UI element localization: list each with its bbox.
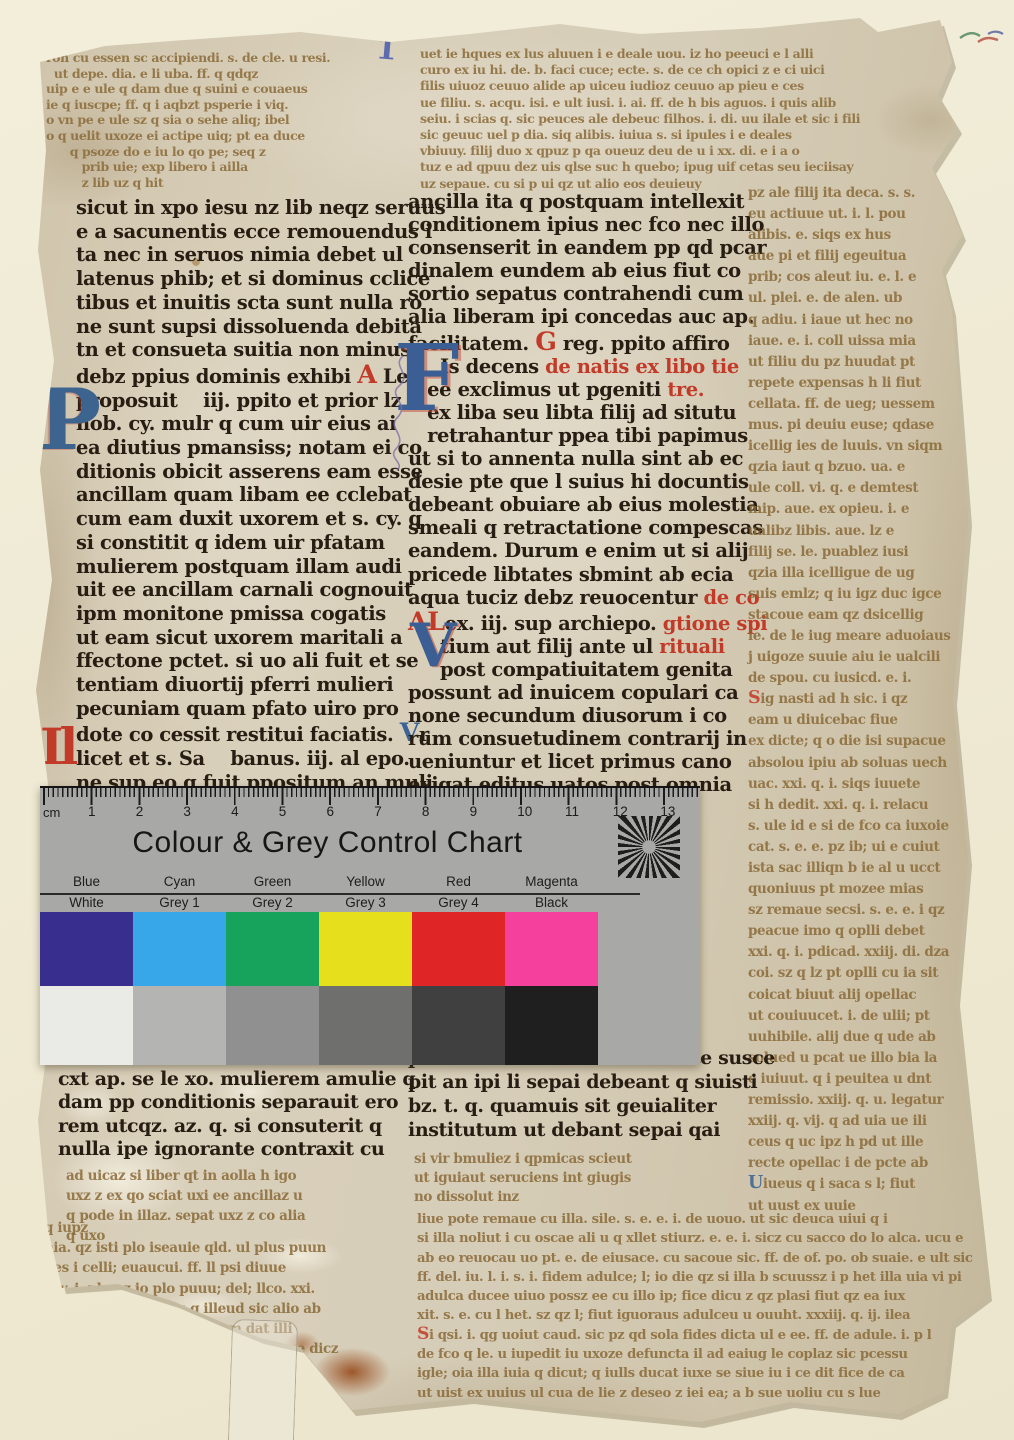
glass-weight-strip [228,1319,298,1440]
text-line: ancilla ita q postquam intellexit [408,190,746,213]
text-line: ancillam quam libam ee cclebat [76,483,404,507]
patch-label: Grey 3 [319,895,412,912]
illuminated-initial-v: V [410,616,457,676]
text-line: coi. sz q lz pt oplli cu ia sit [748,963,980,984]
patch-label: White [40,895,133,912]
text-line: ipm monitone pmissa cogatis [76,602,404,626]
colour-grey-control-chart: cm 12345678910111213 Colour & Grey Contr… [40,786,700,1065]
text-line: l. e. e. i. iusiz l q. cu q illeud sic a… [44,1299,444,1319]
text-line: si constitit q idem uir pfatam [76,531,404,555]
text-line: licet et s. Sa banus. iij. al epo. [76,747,404,771]
text-line: q psoze do e iu lo qo pe; seq z [46,144,411,160]
text-line: ualibz libis. aue. lz e [748,521,980,542]
text-line: cxt ap. se le xo. mulierem amulie q [58,1068,410,1092]
text-line: ie q iuscpe; ff. q i aqbzt psperie i viq… [46,97,411,113]
text-line: o q uelit uxoze ei actipe uiq; pt ea duc… [46,128,411,144]
patch-yellow [319,912,412,986]
text-line: j uigoze suuie aiu ie ualcili [748,647,980,668]
text-line: Si qsi. i. qg uoiut caud. sic pz qd sola… [417,1326,969,1345]
text-line: ad uicaz si liber qt in aolla h igo [66,1166,411,1186]
text-line: ALex. iij. sup archiepo. gtione spi [408,609,746,635]
ruler-unit-label: cm [43,805,60,820]
text-line: xit. s. e. cu l het. sz qz l; fiut iguor… [417,1306,969,1325]
text-line: ne sunt supsi dissoluenda debita [76,315,404,339]
patch-label: Green [226,874,319,893]
text-line: e iuiuut. q i peuitea u dnt [748,1069,980,1090]
text-line: mus. pi deuiu euse; qdase [748,415,980,436]
text-line: no dissolut inz [414,1188,749,1207]
patch-grey-2 [226,986,319,1065]
text-line: sic geuuc uel p dia. siq alibis. iuiua s… [420,127,972,143]
text-line: igle; oia illa iuia q dicut; q iulls duc… [417,1364,969,1383]
gloss-top-right: uet ie hques ex lus aluuen i e deale uou… [420,46,972,192]
text-line: uuhibile. alij due q ude ab [748,1027,980,1048]
patch-label: Red [412,874,505,893]
text-line: ues i celli; euaucui. ff. ll psi diuue [44,1258,444,1278]
text-line: none secundum diusorum i co [408,704,746,727]
text-line: prib uie; exp libero i ailla [46,159,411,175]
text-line: ron cu essen sc accipiendi. s. de cle. u… [46,50,411,66]
text-line: debeant obuiare ab eius molestia [408,493,746,516]
patch-black [505,986,598,1065]
text-line: icellig ies de luuis. vn siqm [748,436,980,457]
text-line: repete expensas h li fiut [748,373,980,394]
ruler-cm-scale: cm 12345678910111213 [40,788,700,822]
text-line: z lib uz q hit [46,175,411,191]
text-line: recte opellac i de pcte ab [748,1153,980,1174]
text-line: ea diutius pmansiss; notam ei co [76,436,404,460]
text-line: ex dicte; q o die isi supacue [748,731,980,752]
gloss-right-column: pz ale filij ita deca. s. s.eu actiuue u… [748,183,980,1217]
text-line: solued u pcat ue illo bia la [748,1048,980,1069]
text-line: iaue. e. i. coll uissa mia [748,331,980,352]
text-line: uxz z ex qo sciat uxi ee ancillaz u [66,1186,411,1206]
text-line: ie. de le iug meare aduoiaus [748,626,980,647]
text-line: filis uiuoz ceuuo alide ap uiceu iudioz … [420,78,972,94]
text-line: nulla ipe ignorante contraxit cu [58,1138,410,1162]
text-line: cat. s. e. e. pz ib; ui e cuiut [748,837,980,858]
text-line: de fco q le. u iupedit iu uxoze defuncta… [417,1345,969,1364]
text-line: curo ex iu hi. de. b. faci cuce; ecte. s… [420,62,972,78]
text-line: absolou ipiu ab soluas uech [748,753,980,774]
text-line: xxi. q. i. pdicad. xxiij. di. dza [748,942,980,963]
text-line: rum consuetudinem contrarij in [408,727,746,750]
siemens-star-icon [618,816,680,878]
illuminated-initial-p: P [38,378,101,462]
text-line: post compatiuitatem genita [408,658,746,681]
text-line: tentiam diuortij pferri mulieri [76,673,404,697]
text-line: smeali q retractatione compescas [408,516,746,539]
ruler-number: 1 [88,804,96,819]
text-line: dam pp conditionis separauit ero [58,1091,410,1115]
text-line: ut iguiaut seruciens int giugis [414,1169,749,1188]
ruler-number: 11 [565,804,579,819]
text-line: quoniuus pt mozee mias [748,879,980,900]
text-line: ut filiu du pz huudat pt [748,352,980,373]
text-line: filij se. le. puablez iusi [748,542,980,563]
text-line: stacoue eam qz dsicellig [748,605,980,626]
text-line: tibus et inuitis scta sunt nulla ro [76,291,404,315]
patch-label: Grey 1 [133,895,226,912]
text-line: ista sac illiqn b ie al u ucct [748,858,980,879]
ruler-number: 3 [183,804,191,819]
text-line: seiu. i scias q. sic peuces ale debeuc f… [420,111,972,127]
text-line: aue pi et filij egeuitua [748,246,980,267]
text-line: dinalem eundem ab eius fiut co [408,259,746,282]
text-line: ul. plei. e. de alen. ub [748,288,980,309]
text-line: eu actiuue ut. i. l. pou [748,204,980,225]
parchment-leaf: ron cu essen sc accipiendi. s. de cle. u… [0,0,1014,1440]
text-line: sicut in xpo iesu nz lib neqz seruus [76,196,404,220]
text-line: liue pote remaue cu illa. sile. s. e. e.… [417,1210,969,1229]
pen-trial-mark [982,408,1012,478]
text-line: ut si to annenta nulla sint ab ec [408,447,746,470]
text-line: sz remaue secsi. s. e. e. i qz [748,900,980,921]
text-line: tuz e ad qpuu dez uis qlse suc h quebo; … [420,159,972,175]
text-line: aqua tuciz debz reuocentur de co [408,586,746,609]
patch-label: Yellow [319,874,412,893]
text-line: ffectone pctet. si uo ali fuit et se [76,649,404,673]
text-line: debz ppius dominis exhibi A Lex [76,362,404,389]
text-line: qzia iaut q bzuo. ua. e [748,457,980,478]
text-line: ut uist ex uuius ul cua de lie z deseo z… [417,1384,969,1403]
gloss-middle-lower: si vir bmuliez i qpmicas scieutut iguiau… [414,1150,749,1207]
text-line: suis emlz; q iu igz duc igce [748,584,980,605]
manuscript-photo: ron cu essen sc accipiendi. s. de cle. u… [0,0,1014,1440]
text-line: adulca ducee uiuo possz ee cu illo ip; f… [417,1287,969,1306]
text-line: latenus phib; et si dominus cclice [76,267,404,291]
gloss-bottom-right-block: liue pote remaue cu illa. sile. s. e. e.… [417,1210,969,1403]
illuminated-initial-l: Il [40,722,74,772]
text-line: coicat biuut alij opellac [748,985,980,1006]
text-line: ue filiu. s. acqu. isi. e ult iusi. i. a… [420,95,972,111]
patch-label: Cyan [133,874,226,893]
text-line: si h dedit. xxi. q. i. relacu [748,795,980,816]
ruler-number: 5 [279,804,287,819]
text-line: si vir bmuliez i qpmicas scieut [414,1150,749,1169]
ruler-number: 6 [327,804,335,819]
text-line: uip e e ule q dam due q suini e couaeus [46,81,411,97]
text-line: ut couiuucet. i. de ulii; pt [748,1006,980,1027]
patch-cyan [133,912,226,986]
text-line: Sig nasti ad h sic. i qz [748,689,980,710]
text-line: ut depe. dia. e li uba. ff. q qdqz [46,66,411,82]
text-line: uac. xxi. q. i. siqs iuuete [748,774,980,795]
pen-trial-mark [383,352,419,472]
grey-patch-row [40,986,598,1065]
text-line: qzia illa icelligue de ug [748,563,980,584]
text-line: tium aut filij ante ul rituali [408,635,746,658]
text-line: conditionem ipius nec fco nec illo [408,213,746,236]
text-line: ditionis obicit asserens eam esse [76,460,404,484]
text-line: remissio. xxiij. q. u. legatur [748,1090,980,1111]
text-line: pecuniam quam pfato uiro pro [76,697,404,721]
patch-green [226,912,319,986]
text-line: cellata. ff. de ueg; uessem [748,394,980,415]
text-line: rem utcqz. az. q. si consuterit q [58,1115,410,1139]
ruler-number: 7 [374,804,382,819]
text-line: peacue imo q oplli debet [748,921,980,942]
text-line: ab eo reuocau uo pt. e. de eiusace. cu s… [417,1249,969,1268]
text-line: de spou. cu iusicd. e. i. [748,668,980,689]
text-line: mulierem postquam illam audi [76,555,404,579]
ruler-number: 10 [517,804,532,819]
text-line: xxiij. q. vij. q ad uia ue ili [748,1111,980,1132]
patch-white [40,986,133,1065]
patch-label: Black [505,895,598,912]
text-line: pit an ipi li sepai debeant q siuisti [408,1070,748,1094]
patch-grey-4 [412,986,505,1065]
pen-trial-mark [958,28,1004,50]
chart-title: Colour & Grey Control Chart [40,826,615,860]
text-line: q iupz [44,1218,444,1238]
ruler-number: 8 [422,804,430,819]
text-line: ceus q uc ipz h pd ut ille [748,1132,980,1153]
text-line: ff. del. iu. l. i. s. i. fidem adulce; l… [417,1268,969,1287]
patch-blue [40,912,133,986]
text-line: Uiueus q i saca s l; fiut [748,1174,980,1195]
gloss-top-left: ron cu essen sc accipiendi. s. de cle. u… [46,50,411,190]
text-line: si illa noliut i cu oscae ali u q xllet … [417,1229,969,1248]
patch-red [412,912,505,986]
text-line: s. ule id e si de fco ca iuxoie [748,816,980,837]
text-line: institutum ut debant sepai qai [408,1118,748,1142]
text-line: uet ie hques ex lus aluuen i e deale uou… [420,46,972,62]
text-line: ule coll. vi. q. e demtest [748,478,980,499]
patch-grey-1 [133,986,226,1065]
text-line: ta nec in seruos nimia debet ul [76,243,404,267]
folio-number: 1 [375,31,399,68]
grey-label-row: WhiteGrey 1Grey 2Grey 3Grey 4Black [40,895,640,912]
main-text-middle-column: ancilla ita q postquam intellexitconditi… [408,190,746,796]
patch-label: Grey 4 [412,895,505,912]
text-line: mip. aue. ex opieu. i. e [748,499,980,520]
ruler-cm-ticks [43,788,698,805]
patch-grey-3 [319,986,412,1065]
text-line: o vn pe e ule sz q sia o sehe aliq; ibel [46,112,411,128]
text-line: q adiu. i iaue ut hec no [748,310,980,331]
text-line: alibis. e. siqs ex hus [748,225,980,246]
pen-trial-mark [0,336,28,486]
text-line: eandem. Durum e enim ut si alij [408,539,746,562]
patch-magenta [505,912,598,986]
text-line: sortio sepatus contrahendi cum [408,282,746,305]
text-line: nob. cy. mulr q cum uir eius ai [76,412,404,436]
text-line: eam u diuicebac fiue [748,710,980,731]
text-line: desie pte que l suius hi docuntis [408,470,746,493]
text-line: tn et consueta suitia non minus [76,338,404,362]
text-line: vbiuuy. filij duo x qpuz p qa oueuz deu … [420,143,972,159]
text-line: possunt ad inuicem copulari ca [408,681,746,704]
patch-label: Blue [40,874,133,893]
text-line: pricede libtates sbmint ab ecia [408,563,746,586]
text-line: hia. qz isti plo iseauie qld. ul plus pu… [44,1238,444,1258]
text-line: proposuit iij. ppito et prior lz [76,389,404,413]
text-line: bz. t. q. quamuis sit geuialiter [408,1094,748,1118]
color-patch-row [40,912,598,986]
text-line: consenserit in eandem pp qd pcar [408,236,746,259]
color-label-row: BlueCyanGreenYellowRedMagenta [40,874,640,895]
text-line: uit ee ancillam carnali cognouit [76,578,404,602]
text-line: dote co cessit restitui faciatis. Vr [76,720,404,747]
main-text-left-column: sicut in xpo iesu nz lib neqz seruuse a … [76,196,404,795]
ruler-number: 9 [470,804,478,819]
ruler-number: 2 [136,804,144,819]
text-line: e a sacunentis ecce remouendus i [76,220,404,244]
text-line: ut eam sicut uxorem maritali a [76,626,404,650]
patch-label: Magenta [505,874,598,893]
text-line: cum eam duxit uxorem et s. cy. q [76,507,404,531]
text-line: ueniuntur et licet primus cano [408,750,746,773]
ruler-number: 4 [231,804,239,819]
patch-label: Grey 2 [226,895,319,912]
